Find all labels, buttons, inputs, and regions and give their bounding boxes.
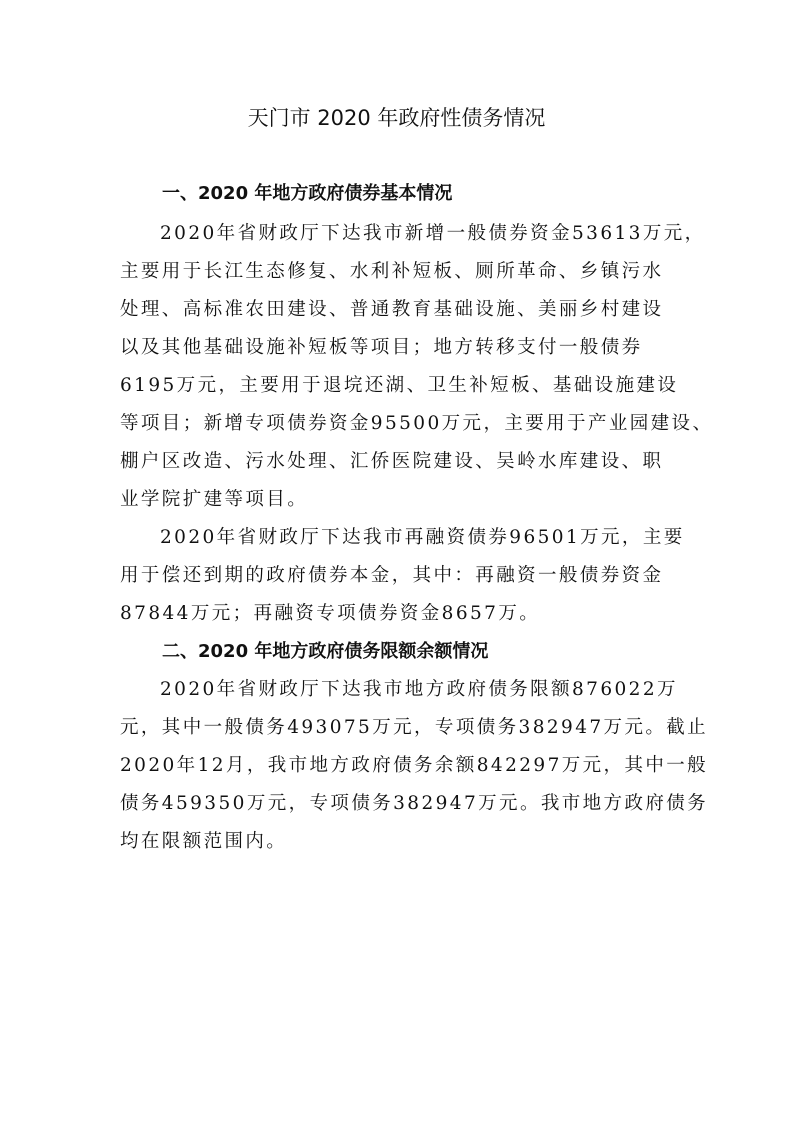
text-line: 主要用于长江生态修复、水利补短板、厕所革命、乡镇污水 bbox=[120, 260, 663, 284]
text-line: 2020年省财政厅下达我市新增一般债券资金53613万元， bbox=[160, 222, 706, 246]
section-heading-2: 二、2020 年地方政府债务限额余额情况 bbox=[162, 640, 488, 664]
text-line: 业学院扩建等项目。 bbox=[120, 488, 308, 512]
text-line: 2020年省财政厅下达我市地方政府债务限额876022万 bbox=[160, 678, 678, 702]
text-line: 等项目；新增专项债券资金95500万元，主要用于产业园建设、 bbox=[120, 412, 713, 436]
text-line: 6195万元，主要用于退垸还湖、卫生补短板、基础设施建设 bbox=[120, 374, 678, 398]
page-title: 天门市 2020 年政府性债务情况 bbox=[0, 104, 793, 132]
text-line: 2020年12月，我市地方政府债务余额842297万元，其中一般 bbox=[120, 754, 708, 778]
text-line: 以及其他基础设施补短板等项目；地方转移支付一般债券 bbox=[120, 336, 643, 360]
text-line: 债务459350万元，专项债务382947万元。我市地方政府债务 bbox=[120, 792, 708, 816]
text-line: 处理、高标准农田建设、普通教育基础设施、美丽乡村建设 bbox=[120, 298, 663, 322]
section-heading-1: 一、2020 年地方政府债券基本情况 bbox=[162, 182, 452, 206]
text-line: 元，其中一般债务493075万元，专项债务382947万元。截止 bbox=[120, 716, 708, 740]
text-line: 用于偿还到期的政府债券本金，其中：再融资一般债券资金 bbox=[120, 564, 663, 588]
text-line: 均在限额范围内。 bbox=[120, 830, 287, 854]
text-line: 棚户区改造、污水处理、汇侨医院建设、吴岭水库建设、职 bbox=[120, 450, 663, 474]
text-line: 2020年省财政厅下达我市再融资债券96501万元，主要 bbox=[160, 526, 685, 550]
text-line: 87844万元；再融资专项债券资金8657万。 bbox=[120, 602, 540, 626]
